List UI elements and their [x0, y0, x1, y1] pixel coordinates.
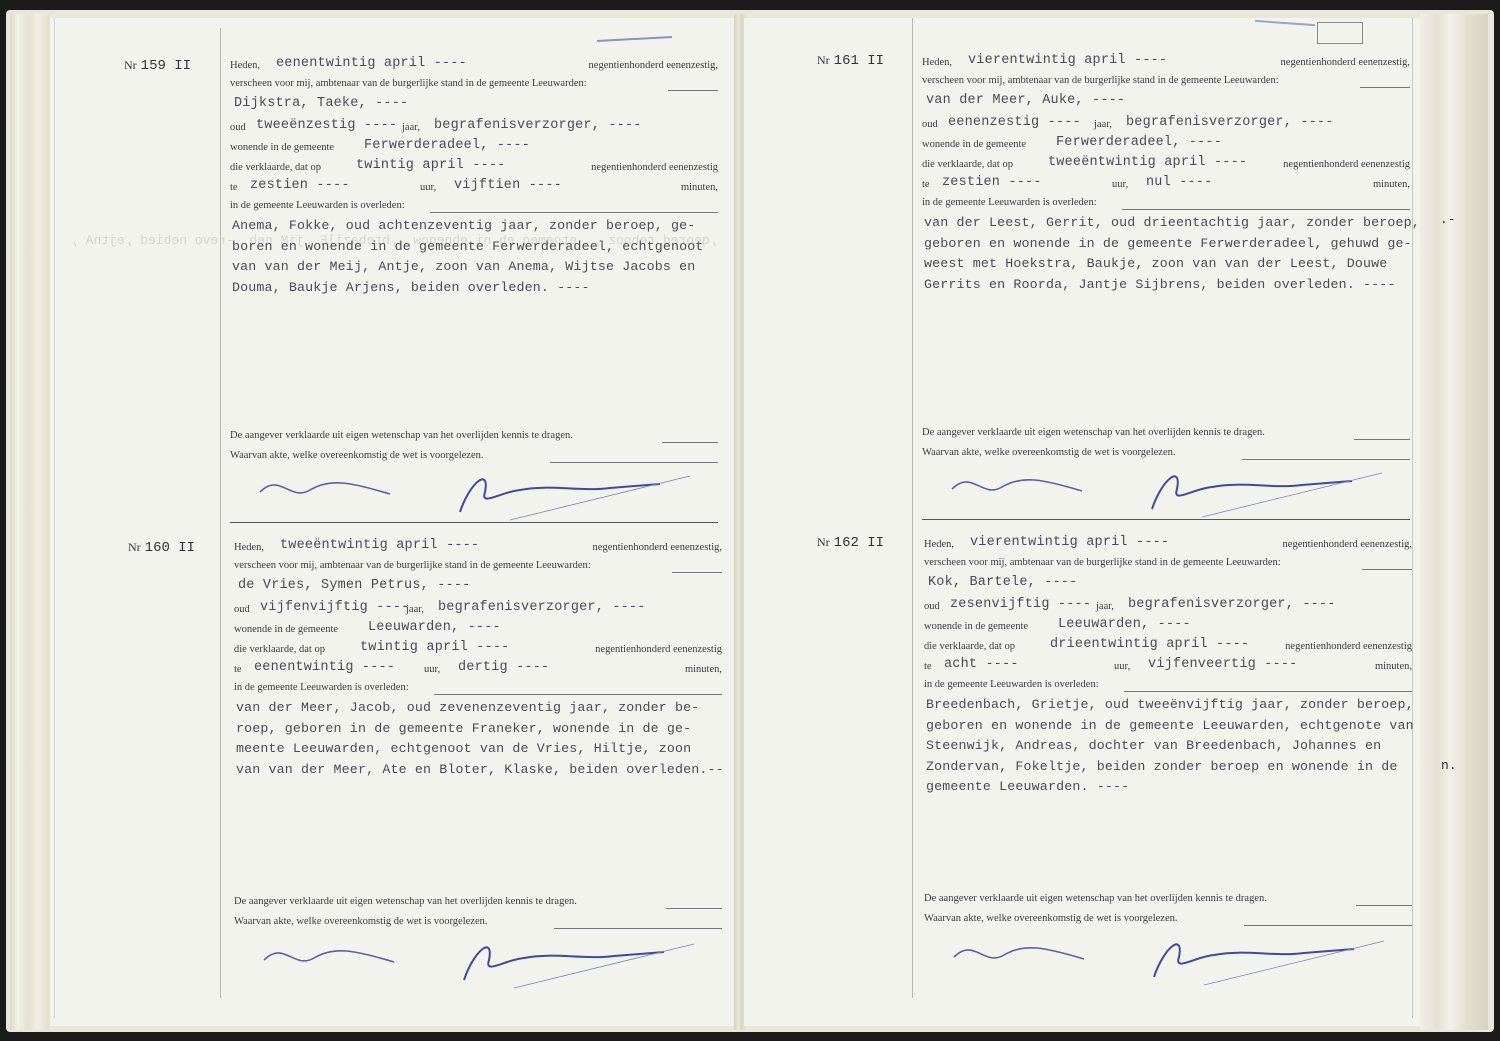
label-year: negentienhonderd eenenzestig	[1283, 159, 1410, 170]
record-divider	[922, 519, 1410, 520]
death-minutes: nul ----	[1146, 175, 1212, 190]
label-heden: Heden,	[922, 57, 952, 68]
label-wonende: wonende in de gemeente	[230, 142, 334, 153]
label-verscheen: verscheen voor mij, ambtenaar van de bur…	[924, 557, 1281, 568]
page-rule	[54, 18, 55, 1018]
label-minuten: minuten,	[1375, 661, 1412, 672]
death-date: twintig april ----	[356, 158, 505, 173]
declarant-residence: Leeuwarden, ----	[1058, 617, 1191, 632]
death-hour: zestien ----	[942, 175, 1042, 190]
label-wonende: wonende in de gemeente	[234, 624, 338, 635]
fill-line	[672, 572, 722, 573]
declarant-age: eenenzestig ----	[948, 115, 1081, 130]
fill-line	[1362, 569, 1412, 570]
fill-line	[554, 928, 722, 929]
label-aangever: De aangever verklaarde uit eigen wetensc…	[234, 896, 577, 907]
deceased-description: Breedenbach, Grietje, oud tweeënvijftig …	[926, 695, 1414, 798]
declarant-age: tweeënzestig ----	[256, 118, 397, 133]
label-wonende: wonende in de gemeente	[924, 621, 1028, 632]
label-verklaarde: die verklaarde, dat op	[922, 159, 1013, 170]
signatures	[250, 462, 710, 522]
label-oud: oud	[234, 604, 250, 615]
record-number: Nr159 II	[124, 58, 191, 74]
signatures	[942, 459, 1402, 519]
label-verscheen: verscheen voor mij, ambtenaar van de bur…	[922, 75, 1279, 86]
label-jaar: jaar,	[1096, 601, 1114, 612]
label-year: negentienhonderd eenenzestig,	[593, 542, 722, 553]
death-hour: acht ----	[944, 657, 1019, 672]
fill-line	[1124, 691, 1412, 692]
fill-line	[668, 90, 718, 91]
label-minuten: minuten,	[681, 182, 718, 193]
death-hour: zestien ----	[250, 178, 350, 193]
signatures	[254, 930, 714, 990]
declarant-residence: Ferwerderadeel, ----	[364, 138, 530, 153]
label-minuten: minuten,	[1373, 179, 1410, 190]
label-heden: Heden,	[924, 539, 954, 550]
death-date: drieentwintig april ----	[1050, 637, 1249, 652]
death-date: tweeëntwintig april ----	[1048, 155, 1247, 170]
stamp-box	[1317, 22, 1363, 44]
declarant-occupation: begrafenisverzorger, ----	[438, 600, 646, 615]
margin-mark: n.	[1441, 758, 1457, 773]
label-uur: uur,	[420, 182, 436, 193]
label-verklaarde: die verklaarde, dat op	[230, 162, 321, 173]
label-aangever: De aangever verklaarde uit eigen wetensc…	[230, 430, 573, 441]
registration-date: vierentwintig april ----	[970, 535, 1169, 550]
label-verscheen: verscheen voor mij, ambtenaar van de bur…	[230, 78, 587, 89]
fill-line	[434, 694, 722, 695]
registration-date: eenentwintig april ----	[276, 56, 467, 71]
death-minutes: vijftien ----	[454, 178, 562, 193]
label-year: negentienhonderd eenenzestig,	[589, 60, 718, 71]
label-te: te	[922, 179, 930, 190]
label-jaar: jaar,	[1094, 119, 1112, 130]
label-year: negentienhonderd eenenzestig,	[1283, 539, 1412, 550]
label-te: te	[234, 664, 242, 675]
fill-line	[430, 212, 718, 213]
registration-date: tweeëntwintig april ----	[280, 538, 479, 553]
declarant-residence: Leeuwarden, ----	[368, 620, 501, 635]
label-overleden: in de gemeente Leeuwarden is overleden:	[234, 682, 409, 693]
label-year: negentienhonderd eenenzestig	[591, 162, 718, 173]
declarant-occupation: begrafenisverzorger, ----	[1128, 597, 1336, 612]
label-oud: oud	[230, 122, 246, 133]
fill-line	[662, 442, 718, 443]
deceased-description: van der Meer, Jacob, oud zevenenzeventig…	[236, 698, 724, 780]
margin-rule	[912, 18, 913, 998]
label-uur: uur,	[1114, 661, 1130, 672]
death-hour: eenentwintig ----	[254, 660, 395, 675]
record-number: Nr160 II	[128, 540, 195, 556]
label-verklaarde: die verklaarde, dat op	[924, 641, 1015, 652]
label-te: te	[230, 182, 238, 193]
declarant-age: vijfenvijftig ----	[260, 600, 409, 615]
page-rule	[1412, 18, 1413, 1018]
label-verscheen: verscheen voor mij, ambtenaar van de bur…	[234, 560, 591, 571]
label-year: negentienhonderd eenenzestig	[1285, 641, 1412, 652]
declarant-name: Kok, Bartele, ----	[928, 575, 1077, 590]
label-verklaarde: die verklaarde, dat op	[234, 644, 325, 655]
record-number: Nr161 II	[817, 53, 884, 69]
declarant-age: zesenvijftig ----	[950, 597, 1091, 612]
registration-date: vierentwintig april ----	[968, 53, 1167, 68]
fill-line	[1360, 87, 1410, 88]
label-oud: oud	[922, 119, 938, 130]
deceased-description: van der Leest, Gerrit, oud drieentachtig…	[924, 213, 1420, 295]
signatures	[944, 927, 1404, 987]
label-uur: uur,	[424, 664, 440, 675]
book-edge-right	[1420, 14, 1488, 1030]
fill-line	[1354, 439, 1410, 440]
label-overleden: in de gemeente Leeuwarden is overleden:	[230, 200, 405, 211]
label-jaar: jaar,	[402, 122, 420, 133]
label-year: negentienhonderd eenenzestig	[595, 644, 722, 655]
death-date: twintig april ----	[360, 640, 509, 655]
label-overleden: in de gemeente Leeuwarden is overleden:	[924, 679, 1099, 690]
declarant-name: Dijkstra, Taeke, ----	[234, 96, 408, 111]
fill-line	[666, 908, 722, 909]
record-number: Nr162 II	[817, 535, 884, 551]
label-waarvan: Waarvan akte, welke overeenkomstig de we…	[234, 916, 488, 927]
death-minutes: vijfenveertig ----	[1148, 657, 1297, 672]
margin-mark: .-	[1440, 212, 1456, 227]
fill-line	[1356, 905, 1412, 906]
label-aangever: De aangever verklaarde uit eigen wetensc…	[922, 427, 1265, 438]
record-divider	[230, 522, 718, 523]
declarant-residence: Ferwerderadeel, ----	[1056, 135, 1222, 150]
label-heden: Heden,	[234, 542, 264, 553]
label-waarvan: Waarvan akte, welke overeenkomstig de we…	[922, 447, 1176, 458]
margin-rule	[220, 28, 221, 998]
label-year: negentienhonderd eenenzestig,	[1281, 57, 1410, 68]
book-edge-left	[10, 14, 50, 1030]
label-waarvan: Waarvan akte, welke overeenkomstig de we…	[230, 450, 484, 461]
label-waarvan: Waarvan akte, welke overeenkomstig de we…	[924, 913, 1178, 924]
fill-line	[1244, 925, 1412, 926]
label-uur: uur,	[1112, 179, 1128, 190]
fill-line	[1122, 209, 1410, 210]
death-minutes: dertig ----	[458, 660, 549, 675]
label-wonende: wonende in de gemeente	[922, 139, 1026, 150]
deceased-description: Anema, Fokke, oud achtenzeventig jaar, z…	[232, 216, 704, 298]
declarant-occupation: begrafenisverzorger, ----	[434, 118, 642, 133]
declarant-name: van der Meer, Auke, ----	[926, 93, 1125, 108]
declarant-occupation: begrafenisverzorger, ----	[1126, 115, 1334, 130]
label-te: te	[924, 661, 932, 672]
label-minuten: minuten,	[685, 664, 722, 675]
label-aangever: De aangever verklaarde uit eigen wetensc…	[924, 893, 1267, 904]
label-heden: Heden,	[230, 60, 260, 71]
declarant-name: de Vries, Symen Petrus, ----	[238, 578, 470, 593]
label-overleden: in de gemeente Leeuwarden is overleden:	[922, 197, 1097, 208]
label-oud: oud	[924, 601, 940, 612]
label-jaar: jaar,	[406, 604, 424, 615]
